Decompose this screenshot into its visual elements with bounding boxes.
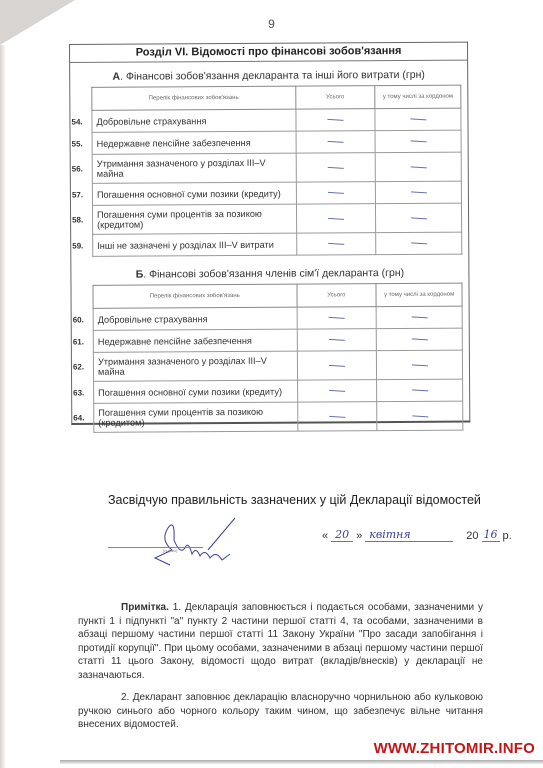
certification-text: Засвідчую правильність зазначених у цій … xyxy=(108,493,481,507)
row-number: 61. xyxy=(73,337,84,346)
row-number: 64. xyxy=(73,413,84,422)
row-label: 58.Погашення суми процентів за позикою (… xyxy=(92,204,296,234)
cell-abroad xyxy=(376,306,462,329)
dash-mark-icon xyxy=(412,415,428,417)
dash-mark-icon xyxy=(327,119,343,121)
dash-mark-icon xyxy=(328,166,344,168)
header-abroad: у тому числі за кордоном xyxy=(376,283,462,307)
cell-total xyxy=(296,233,376,255)
cell-abroad xyxy=(376,328,462,351)
date-year-unit: р. xyxy=(503,530,512,542)
dash-mark-icon xyxy=(411,242,427,244)
dash-mark-icon xyxy=(410,166,426,168)
row-number: 56. xyxy=(72,164,83,173)
row-label: 64.Погашення суми процентів за позикою (… xyxy=(94,402,298,432)
cell-abroad xyxy=(375,152,461,182)
section-title: Розділ VI. Відомості про фінансові зобов… xyxy=(70,43,467,63)
part-b-title: Б. Фінансові зобов'язання членів сім'ї д… xyxy=(71,267,468,281)
table-row: 54.Добровільне страхування xyxy=(92,108,461,132)
section-vi-frame: Розділ VI. Відомості про фінансові зобов… xyxy=(69,42,470,425)
dash-mark-icon xyxy=(412,364,428,366)
cell-abroad xyxy=(376,203,462,233)
part-b-table: Перелік фінансових зобов'язань Усього у … xyxy=(92,283,463,433)
signature-label: (підпис) xyxy=(163,548,177,553)
dash-mark-icon xyxy=(327,141,343,143)
part-a-table: Перелік фінансових зобов'язань Усього у … xyxy=(91,85,462,257)
row-number: 63. xyxy=(73,388,84,397)
dash-mark-icon xyxy=(412,389,428,391)
cell-abroad xyxy=(375,130,461,153)
date-year-suffix: 16 xyxy=(482,528,500,542)
note-paragraph-1: Примітка. 1. Декларація заповнюється і п… xyxy=(78,601,483,682)
cell-total xyxy=(297,329,377,351)
cell-total xyxy=(297,380,377,402)
scan-edge-shadow xyxy=(0,45,6,768)
row-label: 57.Погашення основної суми позики (креди… xyxy=(92,182,296,205)
cell-total xyxy=(297,307,377,329)
signature-icon xyxy=(150,510,250,570)
signature-line xyxy=(108,547,203,548)
table-row: 59.Інші не зазначені у розділах III–V ви… xyxy=(93,232,462,256)
cell-total xyxy=(296,131,376,153)
row-label: 55.Недержавне пенсійне забезпечення xyxy=(92,131,296,154)
row-number: 60. xyxy=(73,315,84,324)
table-row: 55.Недержавне пенсійне забезпечення xyxy=(92,130,461,154)
row-label: 62.Утримання зазначеного у розділах III–… xyxy=(93,351,297,381)
dash-mark-icon xyxy=(329,390,345,392)
dash-mark-icon xyxy=(329,415,345,417)
dash-mark-icon xyxy=(328,192,344,194)
dash-mark-icon xyxy=(329,364,345,366)
table-row: 56.Утримання зазначеного у розділах III–… xyxy=(92,152,461,183)
table-row: 57.Погашення основної суми позики (креди… xyxy=(92,181,461,205)
row-label: 59.Інші не зазначені у розділах III–V ви… xyxy=(93,233,297,256)
date-year-prefix: 20 xyxy=(466,530,478,542)
cell-total xyxy=(296,182,376,204)
cell-total xyxy=(296,204,376,233)
page-number: 9 xyxy=(0,17,543,31)
header-total: Усього xyxy=(295,86,375,109)
cell-abroad xyxy=(377,379,463,402)
row-number: 58. xyxy=(72,215,83,224)
dash-mark-icon xyxy=(328,243,344,245)
cell-total xyxy=(295,109,375,131)
row-label: 60.Добровільне страхування xyxy=(93,307,297,330)
header-abroad: у тому числі за кордоном xyxy=(375,85,461,109)
header-list: Перелік фінансових зобов'язань xyxy=(92,86,296,110)
row-number: 59. xyxy=(72,241,83,250)
row-label: 54.Добровільне страхування xyxy=(92,109,296,132)
table-row: 61.Недержавне пенсійне забезпечення xyxy=(93,328,462,352)
cell-total xyxy=(296,153,376,182)
dash-mark-icon xyxy=(411,217,427,219)
dash-mark-icon xyxy=(411,316,427,318)
table-row: 63.Погашення основної суми позики (креди… xyxy=(94,379,463,403)
part-a-title: А. Фінансові зобов'язання декларанта та … xyxy=(70,69,467,83)
date-month: квітня xyxy=(365,528,453,542)
row-number: 55. xyxy=(72,139,83,148)
row-number: 54. xyxy=(71,117,82,126)
header-list: Перелік фінансових зобов'язань xyxy=(93,284,297,308)
table-row: 62.Утримання зазначеного у розділах III–… xyxy=(93,350,462,381)
dash-mark-icon xyxy=(328,217,344,219)
row-number: 57. xyxy=(72,190,83,199)
table-row: 64.Погашення суми процентів за позикою (… xyxy=(94,401,463,432)
cell-abroad xyxy=(376,181,462,204)
note-paragraph-2: 2. Декларант заповнює декларацію власнор… xyxy=(78,691,483,732)
row-label: 61.Недержавне пенсійне забезпечення xyxy=(93,329,297,352)
cell-abroad xyxy=(376,232,462,255)
row-number: 62. xyxy=(73,362,84,371)
cell-abroad xyxy=(377,401,463,431)
dash-mark-icon xyxy=(329,317,345,319)
dash-mark-icon xyxy=(410,140,426,142)
table-row: 58.Погашення суми процентів за позикою (… xyxy=(92,203,461,234)
cell-abroad xyxy=(375,108,461,131)
certification-date: « 20 » квітня 2016 р. xyxy=(322,528,512,542)
date-day: 20 xyxy=(331,528,353,542)
row-label: 63.Погашення основної суми позики (креди… xyxy=(94,380,298,403)
scan-bottom-edge xyxy=(60,760,543,764)
watermark: WWW.ZHITOMIR.INFO xyxy=(374,740,535,757)
header-total: Усього xyxy=(296,284,376,307)
dash-mark-icon xyxy=(410,191,426,193)
row-label: 56.Утримання зазначеного у розділах III–… xyxy=(92,153,296,183)
dash-mark-icon xyxy=(410,118,426,120)
table-row: 60.Добровільне страхування xyxy=(93,306,462,330)
note-block: Примітка. 1. Декларація заповнюється і п… xyxy=(78,601,483,732)
dash-mark-icon xyxy=(329,339,345,341)
cell-abroad xyxy=(377,350,463,380)
dash-mark-icon xyxy=(411,338,427,340)
cell-total xyxy=(297,351,377,380)
cell-total xyxy=(297,402,377,431)
